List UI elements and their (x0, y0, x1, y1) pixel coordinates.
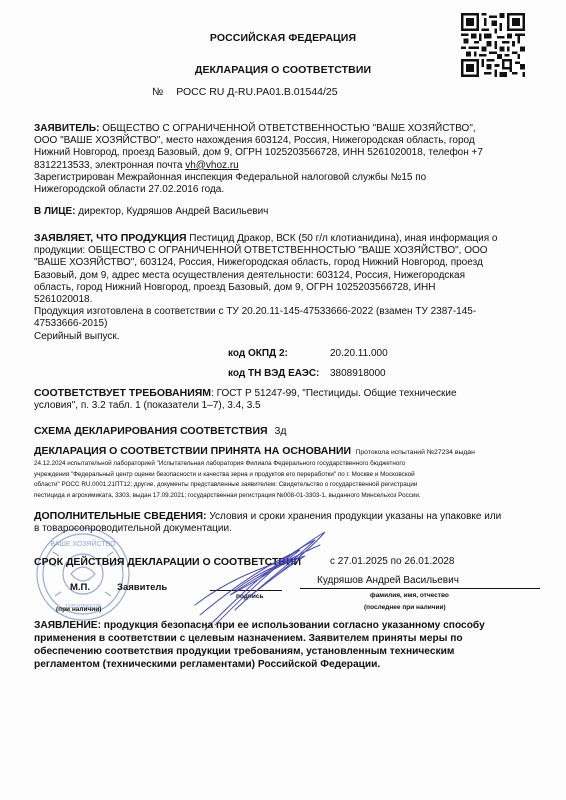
applicant-section: ЗАЯВИТЕЛЬ: ОБЩЕСТВО С ОГРАНИЧЕННОЙ ОТВЕТ… (34, 123, 554, 196)
applicant-line: ОБЩЕСТВО С ОГРАНИЧЕННОЙ ОТВЕТСТВЕННОСТЬЮ… (102, 123, 475, 134)
product-line: Продукция изготовлена в соответствии с Т… (34, 306, 559, 318)
basis-line: Протокола испытаний №27234 выдан (356, 449, 475, 456)
registration-line: Зарегистрирован Межрайонная инспекция Фе… (34, 172, 554, 184)
statement-line: применения в соответствии с целевым назн… (34, 632, 559, 645)
basis-line: 24.12.2024 испытательной лабораторией "И… (34, 459, 564, 470)
basis-line: учреждения "Федеральный центр оценки без… (34, 470, 564, 481)
svg-text:ВАШЕ ХОЗЯЙСТВО: ВАШЕ ХОЗЯЙСТВО (50, 539, 116, 548)
representative-value: директор, Кудряшов Андрей Васильевич (78, 206, 268, 217)
product-label: ЗАЯВЛЯЕТ, ЧТО ПРОДУКЦИЯ (34, 232, 187, 244)
product-line: область, город Нижний Новгород, проезд Б… (34, 282, 559, 294)
product-section: ЗАЯВЛЯЕТ, ЧТО ПРОДУКЦИЯ Пестицид Дракор,… (34, 232, 559, 343)
scheme-label: СХЕМА ДЕКЛАРИРОВАНИЯ СООТВЕТСТВИЯ (34, 425, 268, 437)
product-line: 47533666-2015) (34, 318, 559, 330)
statement-section: ЗАЯВЛЕНИЕ: продукция безопасна при ее ис… (34, 619, 559, 671)
number-sign: № (152, 86, 163, 98)
product-line: "ВАШЕ ХОЗЯЙСТВО", 603124, Россия, Нижего… (34, 257, 559, 269)
signer-name: Кудряшов Андрей Васильевич (317, 575, 459, 586)
product-line: 5261020018. (34, 294, 559, 306)
name-caption-optional: (последнее при наличии) (364, 604, 446, 611)
applicant-line: 8312213533, электронная почта (34, 160, 185, 171)
requirements-label: СООТВЕТСТВУЕТ ТРЕБОВАНИЯМ (34, 387, 211, 399)
validity-value: с 27.01.2025 по 26.01.2028 (330, 556, 454, 567)
applicant-line: ООО "ВАШЕ ХОЗЯЙСТВО", место нахождения 6… (34, 135, 554, 147)
name-caption: фамилия, имя, отчество (370, 592, 449, 599)
requirements-line: условия", п. 3.2 табл. 1 (показатели 1–7… (34, 400, 559, 412)
product-line: Пестицид Дракор, ВСК (50 г/л клотианидин… (189, 233, 497, 244)
applicant-line: Нижний Новгород, проезд Базовый, дом 9, … (34, 147, 554, 159)
applicant-signature-label: Заявитель (117, 582, 167, 593)
number-value: РОСС RU Д-RU.РА01.В.01544/25 (176, 86, 337, 98)
declaration-number: № РОСС RU Д-RU.РА01.В.01544/25 (152, 86, 338, 98)
declaration-page: РОССИЙСКАЯ ФЕДЕРАЦИЯ ДЕКЛАРАЦИЯ О СООТВЕ… (0, 0, 566, 800)
representative-label: В ЛИЦЕ: (34, 206, 76, 217)
name-line (300, 588, 540, 589)
handwritten-signature-icon (175, 520, 335, 635)
basis-section: ДЕКЛАРАЦИЯ О СООТВЕТСТВИИ ПРИНЯТА НА ОСН… (34, 441, 564, 501)
product-line: продукции: ОБЩЕСТВО С ОГРАНИЧЕННОЙ ОТВЕТ… (34, 245, 559, 257)
basis-label: ДЕКЛАРАЦИЯ О СООТВЕТСТВИИ ПРИНЯТА НА ОСН… (34, 445, 351, 457)
statement-line: регламентом (техническими регламентами) … (34, 658, 559, 671)
scheme-value: 3д (275, 425, 287, 437)
tnved-label: код ТН ВЭД ЕАЭС: (228, 368, 319, 379)
basis-line: области" РОСС RU.0001.21ПТ12; другие, до… (34, 480, 564, 491)
registration-line: Нижегородской области 27.02.2016 года. (34, 184, 554, 196)
email-link[interactable]: vh@vhoz.ru (185, 160, 239, 171)
mp-caption: (при наличии) (56, 606, 101, 613)
requirements-section: СООТВЕТСТВУЕТ ТРЕБОВАНИЯМ: ГОСТ Р 51247-… (34, 387, 559, 412)
applicant-label: ЗАЯВИТЕЛЬ: (34, 123, 99, 134)
basis-line: пестицида и агрохимиката, 3303, выдан 17… (34, 491, 564, 502)
product-line: Базовый, дом 9, адрес места осуществлени… (34, 270, 559, 282)
representative-section: В ЛИЦЕ: директор, Кудряшов Андрей Василь… (34, 206, 554, 218)
product-line: Серийный выпуск. (34, 331, 559, 343)
mp-label: М.П. (70, 582, 90, 593)
scheme-section: СХЕМА ДЕКЛАРИРОВАНИЯ СООТВЕТСТВИЯ 3д (34, 425, 286, 437)
qr-code-icon (461, 13, 525, 77)
requirements-line: : ГОСТ Р 51247-99, "Пестициды. Общие тех… (211, 388, 456, 399)
statement-line: ЗАЯВЛЕНИЕ: продукция безопасна при ее ис… (34, 619, 559, 632)
tnved-value: 3808918000 (330, 368, 386, 379)
okpd-label: код ОКПД 2: (228, 348, 288, 359)
statement-line: обеспечению соответствия продукции требо… (34, 645, 559, 658)
okpd-value: 20.20.11.000 (330, 348, 388, 359)
